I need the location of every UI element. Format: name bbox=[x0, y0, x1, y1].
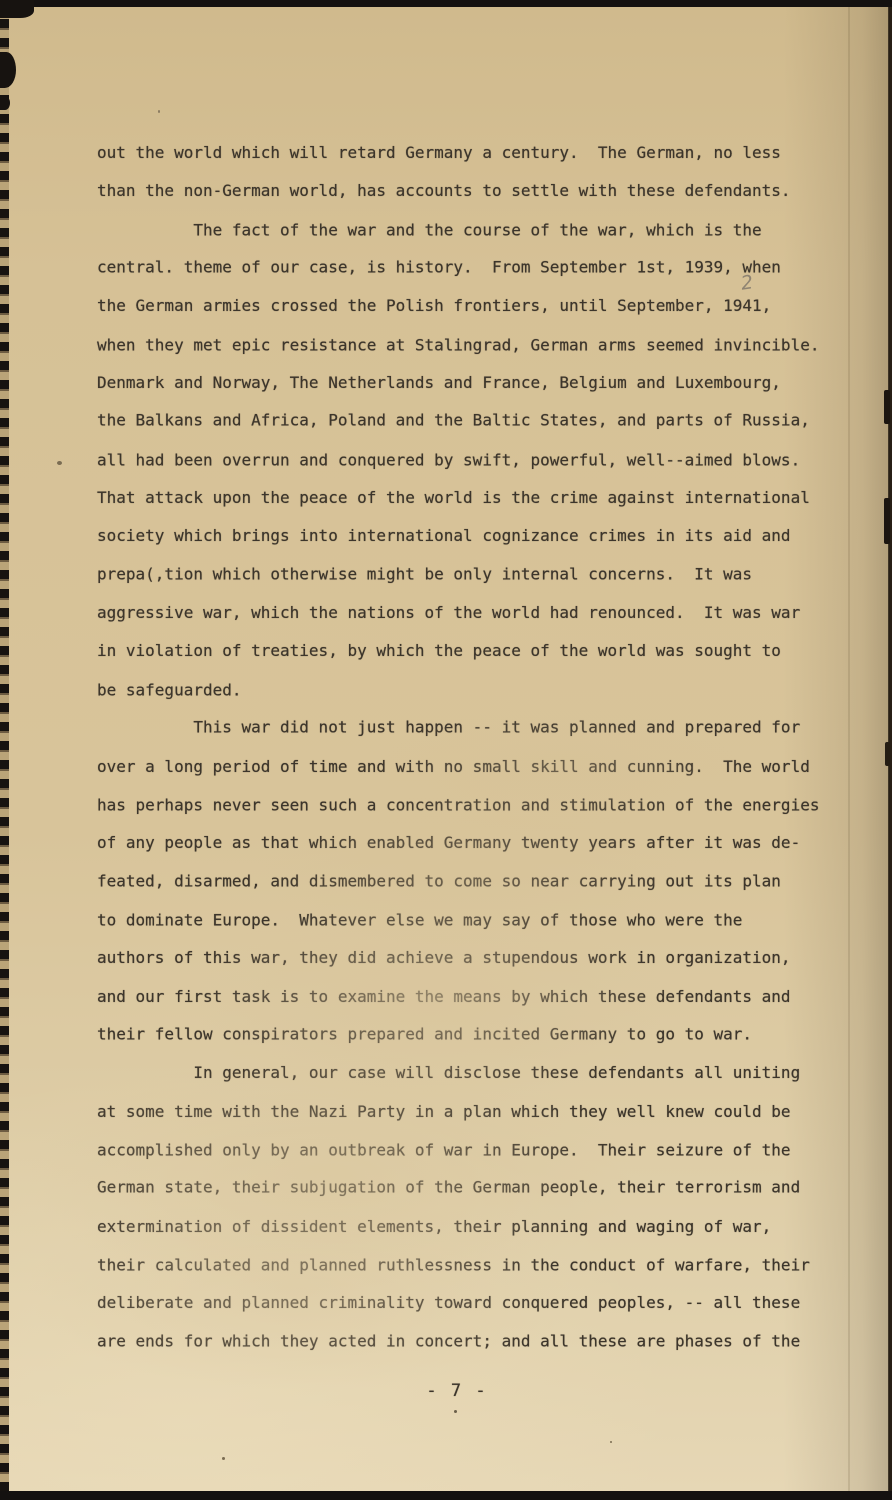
text-line: are ends for which they acted in concert… bbox=[97, 1322, 857, 1360]
text-line: and our first task is to examine the mea… bbox=[97, 978, 857, 1016]
text-line: the Balkans and Africa, Poland and the B… bbox=[97, 402, 857, 440]
text-line: In general, our case will disclose these… bbox=[97, 1054, 857, 1092]
text-line: German state, their subjugation of the G… bbox=[97, 1169, 857, 1207]
typewritten-text-block: out the world which will retard Germany … bbox=[97, 134, 857, 1361]
scan-bottom-edge bbox=[0, 1491, 892, 1500]
text-line: than the non-German world, has accounts … bbox=[97, 172, 857, 210]
text-line: Denmark and Norway, The Netherlands and … bbox=[97, 364, 857, 402]
text-line: in violation of treaties, by which the p… bbox=[97, 632, 857, 670]
text-line: feated, disarmed, and dismembered to com… bbox=[97, 862, 857, 900]
text-line: This war did not just happen -- it was p… bbox=[97, 709, 857, 747]
text-line: That attack upon the peace of the world … bbox=[97, 479, 857, 517]
ink-speck bbox=[454, 1410, 457, 1413]
scan-corner bbox=[0, 0, 34, 18]
scanned-document-page: { "document": { "page_number": "- 7 -", … bbox=[0, 0, 892, 1500]
page-number: - 7 - bbox=[97, 1381, 817, 1401]
text-line: extermination of dissident elements, the… bbox=[97, 1208, 857, 1246]
text-line: be safeguarded. bbox=[97, 671, 857, 709]
ink-speck bbox=[222, 1457, 225, 1460]
ink-speck bbox=[610, 1441, 612, 1443]
paper-crease bbox=[848, 0, 850, 1500]
text-line: The fact of the war and the course of th… bbox=[97, 211, 857, 249]
text-line: out the world which will retard Germany … bbox=[97, 134, 857, 172]
ink-speck bbox=[57, 461, 62, 465]
text-line: authors of this war, they did achieve a … bbox=[97, 939, 857, 977]
text-line: accomplished only by an outbreak of war … bbox=[97, 1131, 857, 1169]
text-line: over a long period of time and with no s… bbox=[97, 748, 857, 786]
text-line: society which brings into international … bbox=[97, 517, 857, 555]
edge-mark bbox=[884, 498, 890, 544]
text-line: at some time with the Nazi Party in a pl… bbox=[97, 1093, 857, 1131]
scan-top-edge bbox=[0, 0, 892, 7]
text-line: deliberate and planned criminality towar… bbox=[97, 1284, 857, 1322]
text-line: to dominate Europe. Whatever else we may… bbox=[97, 901, 857, 939]
text-line: aggressive war, which the nations of the… bbox=[97, 594, 857, 632]
text-line: of any people as that which enabled Germ… bbox=[97, 824, 857, 862]
text-line: has perhaps never seen such a concentrat… bbox=[97, 786, 857, 824]
paper-speck bbox=[158, 110, 160, 113]
edge-mark bbox=[885, 742, 890, 766]
text-line: their fellow conspirators prepared and i… bbox=[97, 1015, 857, 1053]
text-line: their calculated and planned ruthlessnes… bbox=[97, 1246, 857, 1284]
torn-notch bbox=[0, 96, 10, 110]
text-line: prepa(‚tion which otherwise might be onl… bbox=[97, 555, 857, 593]
text-line: all had been overrun and conquered by sw… bbox=[97, 441, 857, 479]
edge-mark bbox=[884, 390, 890, 424]
torn-left-edge bbox=[0, 0, 9, 1500]
text-line: when they met epic resistance at Staling… bbox=[97, 326, 857, 364]
